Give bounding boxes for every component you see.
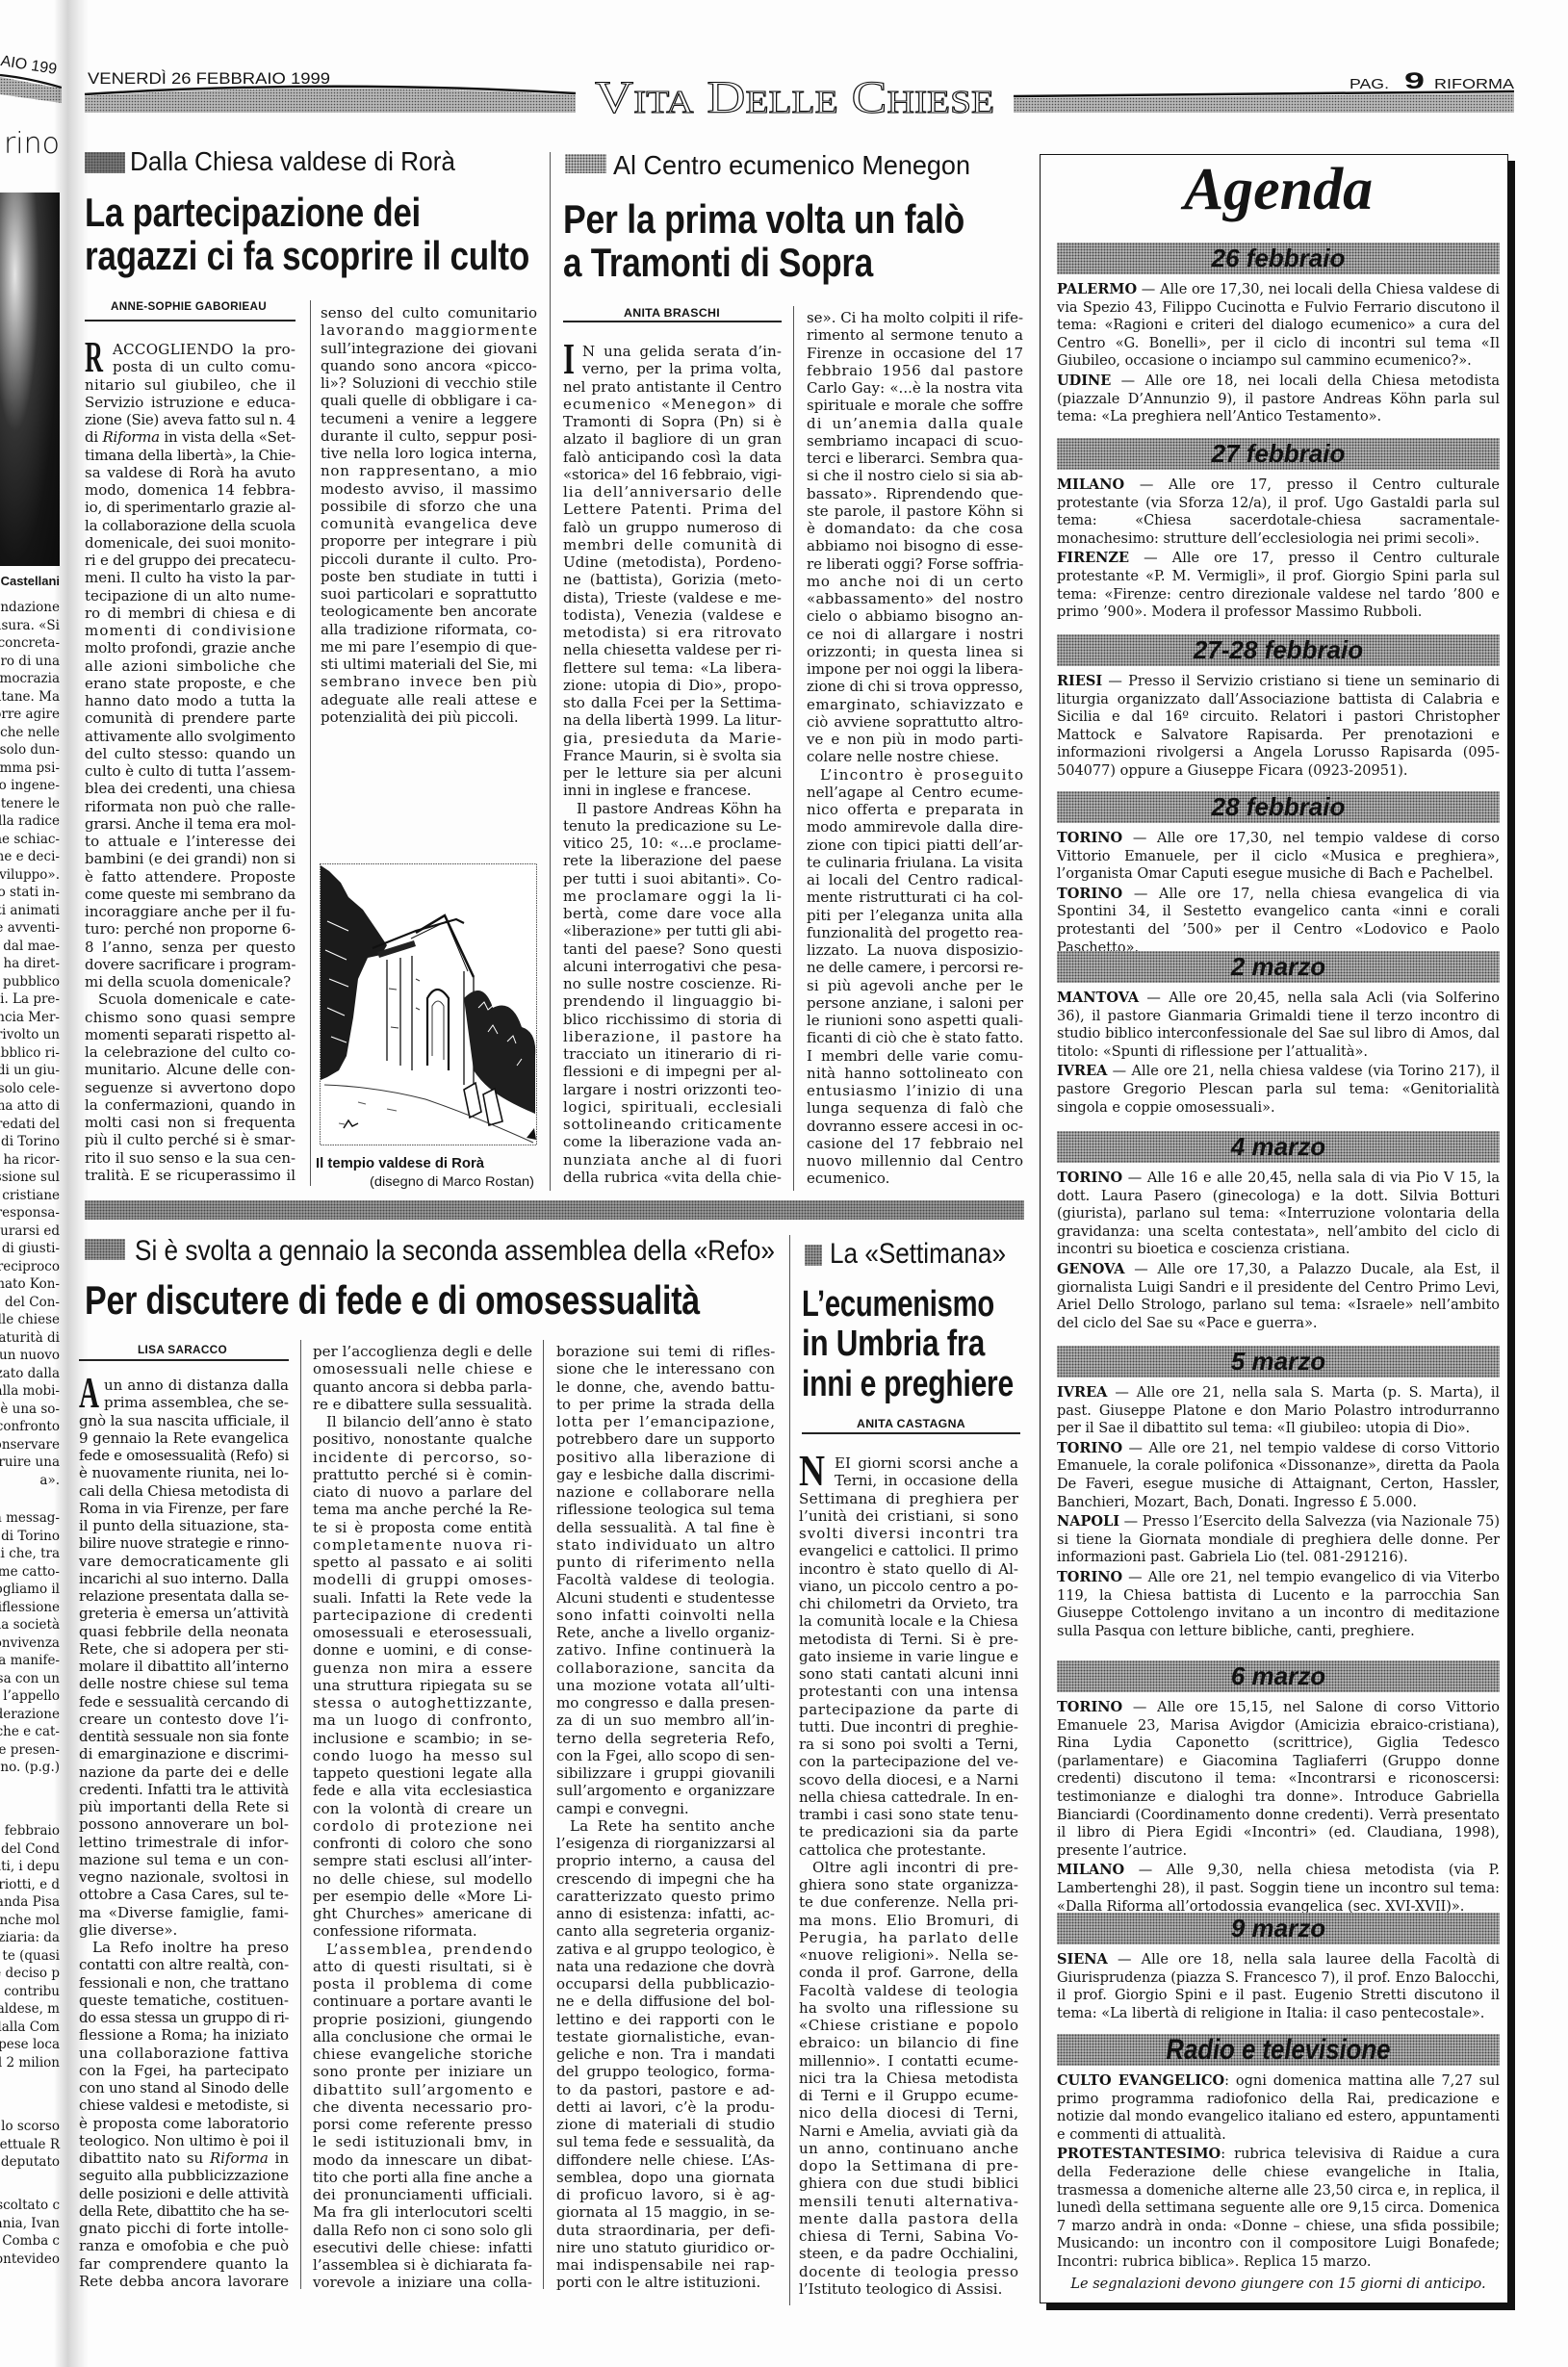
entry-separator: —	[1102, 674, 1128, 689]
text-line: dopo la Settimana di pre-	[799, 2157, 1018, 2174]
fragment-line: lo scorso	[0, 2118, 60, 2136]
text-line: possibile di sforzo che una	[321, 498, 537, 515]
text-line: protestanti con una intensa	[799, 1683, 1018, 1700]
headline-line: ragazzi ci fa scoprire il culto	[85, 236, 529, 276]
text-line: ACCOGLIENDO la pro-	[85, 341, 296, 358]
entry-separator: —	[1124, 1863, 1167, 1878]
text-line: bilire nuove strategie e rinno-	[79, 1534, 289, 1552]
text-line: membri delle comunità di	[563, 536, 782, 553]
fragment-line: no stati in-	[0, 884, 60, 902]
text-line: flettere sul tema: «La libera-	[563, 659, 782, 677]
agenda-date-bar: 4 marzo	[1057, 1131, 1500, 1163]
text-line: porti con le altre istituzioni.	[556, 2274, 775, 2291]
text-line: dei pronunciamenti ufficiali.	[313, 2186, 532, 2203]
agenda-entries: PALERMO — Alle ore 17,30, nei locali del…	[1057, 274, 1500, 426]
text-line: sione che le interessano con	[556, 1360, 775, 1377]
text-line: una struttura ripiegata su se	[313, 1677, 532, 1694]
text-line: metodista di Terni. Si è pre-	[799, 1631, 1018, 1648]
text-line: bertà, come dare voce alla	[563, 905, 782, 922]
text-line: del culto stesso: quando un	[85, 745, 296, 762]
text-line: gia, presieduta da Marie-	[563, 730, 782, 747]
text-line: io, di sperimentarlo grazie al-	[85, 499, 296, 516]
text-line: tive nella loro logica interna,	[321, 445, 537, 462]
text-line: quando sono ancora «picco-	[321, 357, 537, 374]
text-line: La Rete ha sentito anche	[556, 1817, 775, 1835]
facing-page-text-block: scoltato ctania, IvanComba contevideo	[0, 2197, 60, 2268]
text-line: todista), Venezia (valdese e	[563, 606, 782, 624]
text-line: diffondere nelle chiese. L’As-	[556, 2151, 775, 2169]
agenda-entries: MANTOVA — Alle ore 20,45, nella sala Acl…	[1057, 983, 1500, 1117]
illustration-credit: (disegno di Marco Rostan)	[370, 1174, 534, 1188]
text-line: no delle chiese, sul modello	[313, 1870, 532, 1888]
fragment-line: il 2 milion	[0, 2054, 60, 2072]
fragment-line: ubblico ri-	[0, 1044, 60, 1063]
text-line: fede e omosessualità (Refo) si	[79, 1447, 289, 1464]
entry-separator: —	[1111, 373, 1144, 389]
text-line: teologicamente ben ancorate	[321, 603, 537, 620]
text-line: mo anche noi di un certo	[807, 573, 1023, 590]
text-line: caratterizzato questo primo	[556, 1888, 775, 1905]
text-line: molare il dibattito all’interno	[79, 1658, 289, 1675]
entry-place: NAPOLI	[1057, 1513, 1119, 1530]
text-line: cielo o abbiamo bisogno an-	[807, 607, 1023, 625]
text-line: Facoltà valdese di teologia	[799, 1982, 1018, 1999]
text-line: nitario sul giubileo, che il	[85, 376, 296, 394]
agenda-entry: TORINO — Alle 16 e alle 20,45, nella sal…	[1057, 1170, 1500, 1259]
fragment-line: rivolto un	[0, 1026, 60, 1044]
text-line: partecipazione da parte di	[799, 1701, 1018, 1718]
kicker-marker	[85, 1239, 125, 1260]
agenda-date-bar: 27-28 febbraio	[1057, 634, 1500, 666]
agenda-entries: TORINO — Alle 16 e alle 20,45, nella sal…	[1057, 1163, 1500, 1332]
text-line: crescendo di impegni che ha	[556, 1870, 775, 1888]
text-line: il punto della situazione, sta-	[79, 1517, 289, 1534]
byline-rule	[802, 1432, 1020, 1434]
text-line: sembriamo incapaci di scuo-	[807, 432, 1023, 450]
text-line: fessionali e non, che trattano	[79, 1974, 289, 1992]
text-line: zione di materiali di studio	[556, 2116, 775, 2133]
entry-place: TORINO	[1057, 1699, 1122, 1715]
text-line: per le letture sia per alcuni	[563, 764, 782, 782]
text-line: stessa o autoghettizzante,	[313, 1694, 532, 1711]
fragment-line: dalla Com	[0, 2019, 60, 2037]
fragment-line: un messag-	[0, 1509, 60, 1528]
entry-separator: —	[1139, 991, 1169, 1006]
entry-place: TORINO	[1057, 830, 1122, 846]
text-column: Aun anno di distanza dallaprima assemble…	[79, 1376, 289, 2290]
text-line: meni. Il culto ha visto la par-	[85, 569, 296, 586]
agenda-date: 28 febbraio	[1212, 791, 1346, 823]
text-line: riflessione teologica sul tema	[556, 1501, 775, 1518]
headline-line: inni e preghiere	[802, 1366, 1014, 1402]
text-line: che diventa necessario pro-	[313, 2098, 532, 2116]
text-line: riformata non può che ralle-	[85, 798, 296, 815]
column-divider	[543, 1340, 544, 2289]
text-line: la confermazioni, quando in	[85, 1096, 296, 1114]
agenda-date: 2 marzo	[1231, 951, 1325, 983]
kicker-marker	[805, 1245, 822, 1266]
drop-cap: I	[563, 337, 575, 381]
text-line: L’incontro è proseguito	[807, 766, 1023, 784]
text-line: donne e uomini, e di conse-	[313, 1641, 532, 1659]
text-line: lizzato. La nuova disposizio-	[807, 941, 1023, 959]
text-line: «storica» del 16 febbraio, vigi-	[563, 466, 782, 483]
fragment-line: naturità di	[0, 1329, 60, 1348]
text-line: far comprendere quanto la	[79, 2255, 289, 2273]
text-line: ha svolto una riflessione su	[799, 1999, 1018, 2017]
fragment-line: anda Pisa	[0, 1893, 60, 1912]
text-line: se». Ci ha molto colpiti il rife-	[807, 309, 1023, 326]
agenda-date: 4 marzo	[1231, 1131, 1325, 1163]
column-divider	[793, 306, 794, 1191]
text-line: nazione e collaborare nella	[556, 1483, 775, 1501]
text-line: te culinaria friulana. La visita	[807, 854, 1023, 871]
text-line: tito che porti alla fine anche a	[313, 2169, 532, 2186]
text-line: Rete debba ancora lavorare	[79, 2273, 289, 2290]
entry-place: PALERMO	[1057, 281, 1137, 297]
text-line: modo da innescare un dibat-	[313, 2151, 532, 2169]
text-line: proporre per integrare i più	[321, 532, 537, 550]
text-line: dibattito nato su Riforma in	[79, 2149, 289, 2167]
fragment-line: spese loca	[0, 2036, 60, 2054]
text-line: ciò avviene soprattutto altro-	[807, 713, 1023, 731]
entry-place: IVREA	[1057, 1063, 1107, 1079]
text-line: steen, e da padre Occhialini,	[799, 2245, 1018, 2262]
agenda-entry: TORINO — Alle ore 17,30, nel tempio vald…	[1057, 830, 1500, 884]
text-line: li»? Soluzioni di vecchio stile	[321, 374, 537, 392]
text-line: liberazione, il pastore ha	[563, 1028, 782, 1045]
entry-separator: —	[1122, 831, 1157, 846]
text-line: ghiera sono state organizza-	[799, 1876, 1018, 1893]
text-line: nità hanno sottolineato con	[807, 1065, 1023, 1082]
text-line: ranza e omofobia e che può	[79, 2237, 289, 2254]
text-line: spetto al passato e ai soliti	[313, 1554, 532, 1571]
fragment-line: confronto	[0, 1418, 60, 1436]
article-kicker: Dalla Chiesa valdese di Rorà	[130, 148, 455, 175]
text-line: credenti. Infatti tra le attività	[79, 1781, 289, 1798]
agenda-section: 28 febbraio TORINO — Alle ore 17,30, nel…	[1057, 791, 1500, 959]
section-divider-band	[85, 1200, 1024, 1220]
text-line: Narni e Amelia, avviati già da	[799, 2123, 1018, 2140]
text-line: 8 l’anno, senza per questo	[85, 939, 296, 956]
text-line: con la volontà di creare un	[313, 1800, 532, 1817]
fragment-line: Comba c	[0, 2232, 60, 2251]
text-line: tecipazione di un alto nume-	[85, 587, 296, 605]
text-line: Tramonti di Sopra (Pn) si è	[563, 413, 782, 430]
text-line: greteria è emersa un’attività	[79, 1605, 289, 1622]
text-line: re e dibattere sulla sessualità.	[313, 1396, 532, 1413]
text-line: l’Istituto teologico di Assisi.	[799, 2280, 1018, 2298]
agenda-entries: TORINO — Alle ore 17,30, nel tempio vald…	[1057, 823, 1500, 957]
fragment-line: il pubblico	[0, 973, 60, 991]
text-line: detti ai lavori, c’è la produ-	[556, 2098, 775, 2116]
headline-line: Per la prima volta un falò	[563, 199, 964, 240]
text-line: sembrano invece ben più	[321, 673, 537, 690]
text-line: mensili tenuti alternativa-	[799, 2193, 1018, 2210]
fragment-line: un nuovo	[0, 1347, 60, 1365]
text-line: 9 gennaio la Rete evangelica	[79, 1429, 289, 1447]
text-line: conda il prof. Garrone, della	[799, 1964, 1018, 1981]
text-line: con la partecipazione del ve-	[799, 1753, 1018, 1770]
text-line: queste tematiche, costituen-	[79, 1992, 289, 2009]
fragment-line: sostenere le	[0, 795, 60, 813]
illustration-caption: Il tempio valdese di Rorà	[316, 1156, 484, 1171]
text-line: Scuola domenicale e cate-	[85, 991, 296, 1008]
entry-text: Alle ore 15,15, nel Salone di corso Vitt…	[1057, 1700, 1500, 1859]
text-line: mazione sul tema e un con-	[79, 1851, 289, 1868]
text-line: te si è proposta come entità	[313, 1519, 532, 1536]
text-line: modelli di gruppi omoses-	[313, 1571, 532, 1588]
byline-rule	[563, 321, 782, 322]
text-line: quasi febbrile della neonata	[79, 1623, 289, 1640]
fragment-line: Federazione	[0, 1706, 60, 1724]
text-line: chiese evangeliche storiche	[313, 2045, 532, 2063]
text-line: «liberazione» per tutti gli abi-	[563, 922, 782, 939]
text-line: nella chiesa cattedrale. In en-	[799, 1788, 1018, 1806]
entry-place: TORINO	[1057, 886, 1122, 902]
text-line: falò un gruppo numeroso di	[563, 519, 782, 536]
text-line: erano state proposte, e che	[85, 675, 296, 692]
fragment-line: inti, i depu	[0, 1858, 60, 1876]
facing-page-text-block: 14 febbraiodel Condinti, i depuriotti, e…	[0, 1822, 60, 2071]
text-line: rete la liberazione del paese	[563, 852, 782, 869]
text-line: condo luogo ha messo sul	[313, 1747, 532, 1764]
text-line: più importanti della Rete si	[79, 1798, 289, 1815]
column-divider	[310, 300, 311, 1186]
text-line: l’unità dei cristiani, si sono	[799, 1507, 1018, 1525]
text-line: tutti. Due incontri di preghie-	[799, 1718, 1018, 1736]
text-line: suoi particolari e soprattutto	[321, 585, 537, 603]
fragment-line: alla radice	[0, 812, 60, 831]
text-line: fede e sessualità cercando di	[79, 1693, 289, 1711]
text-line: atto di questi risultati, si è	[313, 1958, 532, 1975]
text-line: evangelici e cattolici. Il primo	[799, 1542, 1018, 1559]
text-line: tralità. E se ricuperassimo il	[85, 1167, 296, 1184]
facing-page-strip: AIO 199 rino Castellani Fondazionel’usur…	[0, 0, 62, 2367]
column-divider	[550, 152, 551, 1191]
text-line: ma «Diverse famiglie, fami-	[79, 1904, 289, 1921]
agenda-entry: PROTESTANTESIMO: rubrica televisiva di R…	[1057, 2146, 1500, 2271]
agenda-entry: IVREA — Alle ore 21, nella sala S. Marta…	[1057, 1384, 1500, 1438]
text-line: è nuovamente riunita, nei lo-	[79, 1464, 289, 1481]
text-line: omosessuali e eterosessuali,	[313, 1624, 532, 1641]
text-line: sono stati cantati alcuni inni	[799, 1665, 1018, 1683]
text-line: la celebrazione del culto co-	[85, 1043, 296, 1061]
headline-line: La partecipazione dei	[85, 193, 421, 233]
text-line: dovranno essere accesi in oc-	[807, 1118, 1023, 1135]
text-line: I membri delle varie comu-	[807, 1047, 1023, 1065]
text-line: con uno stand al Sinodo delle	[79, 2079, 289, 2097]
facing-page-photo-caption: Castellani	[0, 575, 60, 587]
text-line: impone per noi oggi la libera-	[807, 660, 1023, 678]
text-line: sibilizzare i gruppi giovanili	[556, 1764, 775, 1782]
text-line: ra si sono poi svolti a Terni,	[799, 1736, 1018, 1753]
text-line: me mi pare l’esempio di que-	[321, 638, 537, 656]
text-line: alle azioni simboliche che	[85, 657, 296, 675]
text-line: sa valdese di Rorà ha avuto	[85, 464, 296, 481]
agenda-entry: TORINO — Alle ore 17, nella chiesa evang…	[1057, 886, 1500, 957]
text-line: del gruppo teologico, forma-	[556, 2063, 775, 2080]
text-line: Oltre agli incontri di pre-	[799, 1859, 1018, 1876]
text-line: largare i nostri orizzonti teo-	[563, 1081, 782, 1098]
text-column: IN una gelida serata d’in-verno, per la …	[563, 343, 782, 1186]
entry-place: TORINO	[1057, 1440, 1122, 1456]
agenda-entry: TORINO — Alle ore 21, nel tempio evangel…	[1057, 1569, 1500, 1640]
text-line: me proclamare oggi la li-	[563, 888, 782, 905]
fragment-line: oni. La pre-	[0, 991, 60, 1009]
text-line: lavorando maggiormente	[321, 322, 537, 339]
fragment-line: lusa con un	[0, 1670, 60, 1688]
text-line: continuare a portare avanti le	[313, 1993, 532, 2010]
text-line: zione con tipici piatti dell’ar-	[807, 836, 1023, 854]
text-line: chiese valdesi e metodiste, si	[79, 2097, 289, 2114]
illustration-church-drawing	[320, 863, 537, 1145]
page-label: PAG.	[1350, 77, 1389, 91]
fragment-line: e convivenza	[0, 1634, 60, 1653]
text-line: millennio». I contatti ecume-	[799, 2052, 1018, 2070]
entry-place: CULTO EVANGELICO	[1057, 2072, 1224, 2089]
text-line: terci e liberarci. Sembra qua-	[807, 450, 1023, 467]
fragment-line: isurarsi ed	[0, 1222, 60, 1241]
text-line: della rubrica «vita della chie-	[563, 1169, 782, 1186]
text-line: svolti diversi incontri tra	[799, 1525, 1018, 1542]
fragment-line: e cristiane	[0, 1187, 60, 1205]
text-line: collaborazione, sancita da	[556, 1659, 775, 1677]
article-kicker: Si è svolta a gennaio la seconda assembl…	[135, 1237, 775, 1266]
fragment-line: te (quasi	[0, 1947, 60, 1966]
text-line: entusiasmo l’inizio di una	[807, 1082, 1023, 1099]
headline-line: L’ecumenismo	[802, 1286, 994, 1323]
agenda-entries: CULTO EVANGELICO: ogni domenica mattina …	[1057, 2066, 1500, 2272]
fragment-line: conservare	[0, 1436, 60, 1454]
text-line: di Terni e il Gruppo ecume-	[799, 2087, 1018, 2104]
text-column: per l’accoglienza degli e delleomosessua…	[313, 1343, 532, 2292]
fragment-line: Fondazione	[0, 599, 60, 617]
fragment-line: ziaria: da	[0, 1929, 60, 1947]
text-line: un anno, continuano anche	[799, 2140, 1018, 2157]
fragment-line: deputato	[0, 2153, 60, 2172]
text-line: Settimana di preghiera per	[799, 1490, 1018, 1507]
text-line: ottobre a Casa Cares, sul te-	[79, 1886, 289, 1903]
entry-place: IVREA	[1057, 1384, 1107, 1401]
text-line: N una gelida serata d’in-	[563, 343, 782, 360]
text-line: sono infatti coinvolti nella	[556, 1607, 775, 1624]
text-line: febbraio 1956 dal pastore	[807, 362, 1023, 379]
radio-tv-heading: Radio e televisione	[1166, 2034, 1390, 2066]
facing-page-text-block: lo scorsorettuale Rdeputato	[0, 2118, 60, 2172]
text-line: sono pronte per iniziare un	[313, 2063, 532, 2080]
text-line: creare un contesto dove l’i-	[79, 1711, 289, 1728]
fragment-line: lle chiese	[0, 1311, 60, 1329]
publication-name: RIFORMA	[1434, 77, 1514, 91]
fragment-line: del Cond	[0, 1840, 60, 1859]
text-line: ro di membri di chiesa e di	[85, 605, 296, 622]
agenda-date-bar: Radio e televisione	[1057, 2034, 1500, 2066]
text-line: come queste mi sembrano da	[85, 886, 296, 903]
text-line: per tutti i suoi abitanti». Co-	[563, 870, 782, 888]
text-line: falò anticipando così la data	[563, 449, 782, 466]
text-line: «nuove religioni». Nella se-	[799, 1946, 1018, 1964]
text-line: con la Fgei, allo scopo di sen-	[556, 1747, 775, 1764]
text-line: Servizio istruzione e educa-	[85, 394, 296, 411]
header-ribbon-left	[85, 83, 578, 116]
headline-line: a Tramonti di Sopra	[563, 243, 873, 283]
text-line: flessioni e di impegni per al-	[563, 1063, 782, 1080]
fragment-line: valdese, m	[0, 2000, 60, 2019]
agenda-section-radio-tv: Radio e televisione CULTO EVANGELICO: og…	[1057, 2034, 1500, 2293]
text-line: zione: utopia di Dio», propo-	[563, 677, 782, 694]
text-line: gnò la sua nascita ufficiale, il	[79, 1412, 289, 1429]
text-line: relazione presentata dalla se-	[79, 1587, 289, 1605]
agenda-date: 6 marzo	[1231, 1660, 1325, 1692]
agenda-section: 2 marzo MANTOVA — Alle ore 20,45, nella …	[1057, 951, 1500, 1119]
fragment-line: nche mol	[0, 1912, 60, 1930]
agenda-section: 9 marzo SIENA — Alle ore 18, nella sala …	[1057, 1913, 1500, 2024]
text-line: di un’anemia dalla quale	[807, 415, 1023, 432]
text-line: scovo della diocesi, e a Narni	[799, 1771, 1018, 1788]
text-column: RACCOGLIENDO la pro-posta di un culto co…	[85, 341, 296, 1184]
agenda-section: 26 febbraio PALERMO — Alle ore 17,30, ne…	[1057, 243, 1500, 428]
agenda-entry: MILANO — Alle ore 17, presso il Centro c…	[1057, 476, 1500, 548]
entry-separator: —	[1122, 1570, 1148, 1585]
text-line: Udine (metodista), Pordeno-	[563, 553, 782, 571]
text-line: di proficuo lavoro, si è ag-	[556, 2186, 775, 2203]
agenda-entry: MANTOVA — Alle ore 20,45, nella sala Acl…	[1057, 990, 1500, 1061]
agenda-entry: SIENA — Alle ore 18, nella sala lauree d…	[1057, 1951, 1500, 2022]
text-line: sempre stati esclusi all’inter-	[313, 1852, 532, 1869]
text-line: inclusione e scambio; in se-	[313, 1730, 532, 1747]
text-line: tanti del paese? Sono questi	[563, 940, 782, 958]
text-line: nel prato antistante il Centro	[563, 378, 782, 396]
agenda-entry: NAPOLI — Presso l’Esercito della Salvezz…	[1057, 1513, 1500, 1567]
entry-separator: :	[1221, 2147, 1234, 2162]
text-line: terno della segreteria Refo,	[556, 1730, 775, 1747]
text-line: giornata al 15 maggio, in se-	[556, 2203, 775, 2221]
entry-separator: —	[1124, 477, 1169, 493]
entry-separator: —	[1107, 1385, 1136, 1401]
column-divider	[300, 1340, 301, 2289]
text-line: stato individuato un altro	[556, 1536, 775, 1554]
text-line: proprie posizioni, giungendo	[313, 2011, 532, 2028]
agenda-section: 5 marzo IVREA — Alle ore 21, nella sala …	[1057, 1346, 1500, 1642]
text-column: NEI giorni scorsi anche aTerni, in occas…	[799, 1454, 1018, 2298]
facing-page-title-fragment: rino	[0, 130, 60, 159]
drop-cap: N	[799, 1449, 825, 1493]
text-line: un anno di distanza dalla	[79, 1376, 289, 1394]
entry-place: MILANO	[1057, 1862, 1124, 1878]
fragment-line: eliche e cat-	[0, 1723, 60, 1741]
text-line: cattolica che protestante.	[799, 1841, 1018, 1859]
text-line: «Chiese cristiane e popolo	[799, 2017, 1018, 2034]
text-line: senso del culto comunitario	[321, 304, 537, 322]
text-line: chiesa di Terni, Sabina Vo-	[799, 2227, 1018, 2245]
text-line: Lettere Patenti. Prima del	[563, 501, 782, 518]
text-line: casione del 17 febbraio nel	[807, 1135, 1023, 1152]
fragment-line: scoltato c	[0, 2197, 60, 2215]
fragment-line: ni ha ricor-	[0, 1151, 60, 1170]
text-line: per l’accoglienza degli e delle	[313, 1343, 532, 1360]
text-line: na della libertà 1999. La litur-	[563, 711, 782, 729]
entry-separator: —	[1124, 1262, 1157, 1277]
text-line: to da pastori, pastore e ad-	[556, 2081, 775, 2098]
agenda-section: 6 marzo TORINO — Alle ore 15,15, nel Sal…	[1057, 1660, 1500, 1917]
fragment-line: a».	[0, 1472, 60, 1490]
text-line: nunziata anche al di fuori	[563, 1151, 782, 1169]
text-line: una collaborazione fattiva	[79, 2045, 289, 2062]
text-line: Ma fra gli interlocutori scelti	[313, 2203, 532, 2221]
text-line: le donne, che, avendo battu-	[556, 1378, 775, 1396]
agenda-section: 27 febbraio MILANO — Alle ore 17, presso…	[1057, 438, 1500, 624]
